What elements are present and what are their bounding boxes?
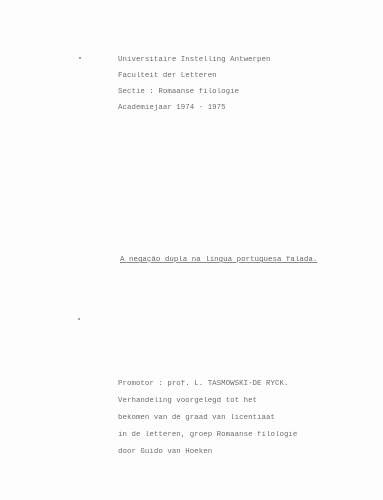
thesis-purpose-line: Verhandeling voorgelegd tot het: [118, 397, 257, 406]
scan-speck: [78, 318, 80, 320]
document-page: Universitaire Instelling Antwerpen Facul…: [0, 0, 383, 500]
degree-line: bekomen van de graad van licentiaat: [118, 414, 275, 423]
author-line: door Guido van Hoeken: [118, 448, 212, 457]
academic-year-line: Academiejaar 1974 - 1975: [118, 104, 226, 113]
promotor-line: Promotor : prof. L. TASMOWSKI-DE RYCK.: [118, 380, 288, 389]
institution-line: Universitaire Instelling Antwerpen: [118, 56, 271, 65]
field-line: in de letteren, groep Romaanse filologie: [118, 431, 297, 440]
faculty-line: Faculteit der Letteren: [118, 72, 217, 81]
scan-speck: [79, 57, 81, 59]
thesis-title: A negação dupla na língua portuguesa fal…: [120, 256, 317, 265]
section-line: Sectie : Romaanse filologie: [118, 88, 239, 97]
